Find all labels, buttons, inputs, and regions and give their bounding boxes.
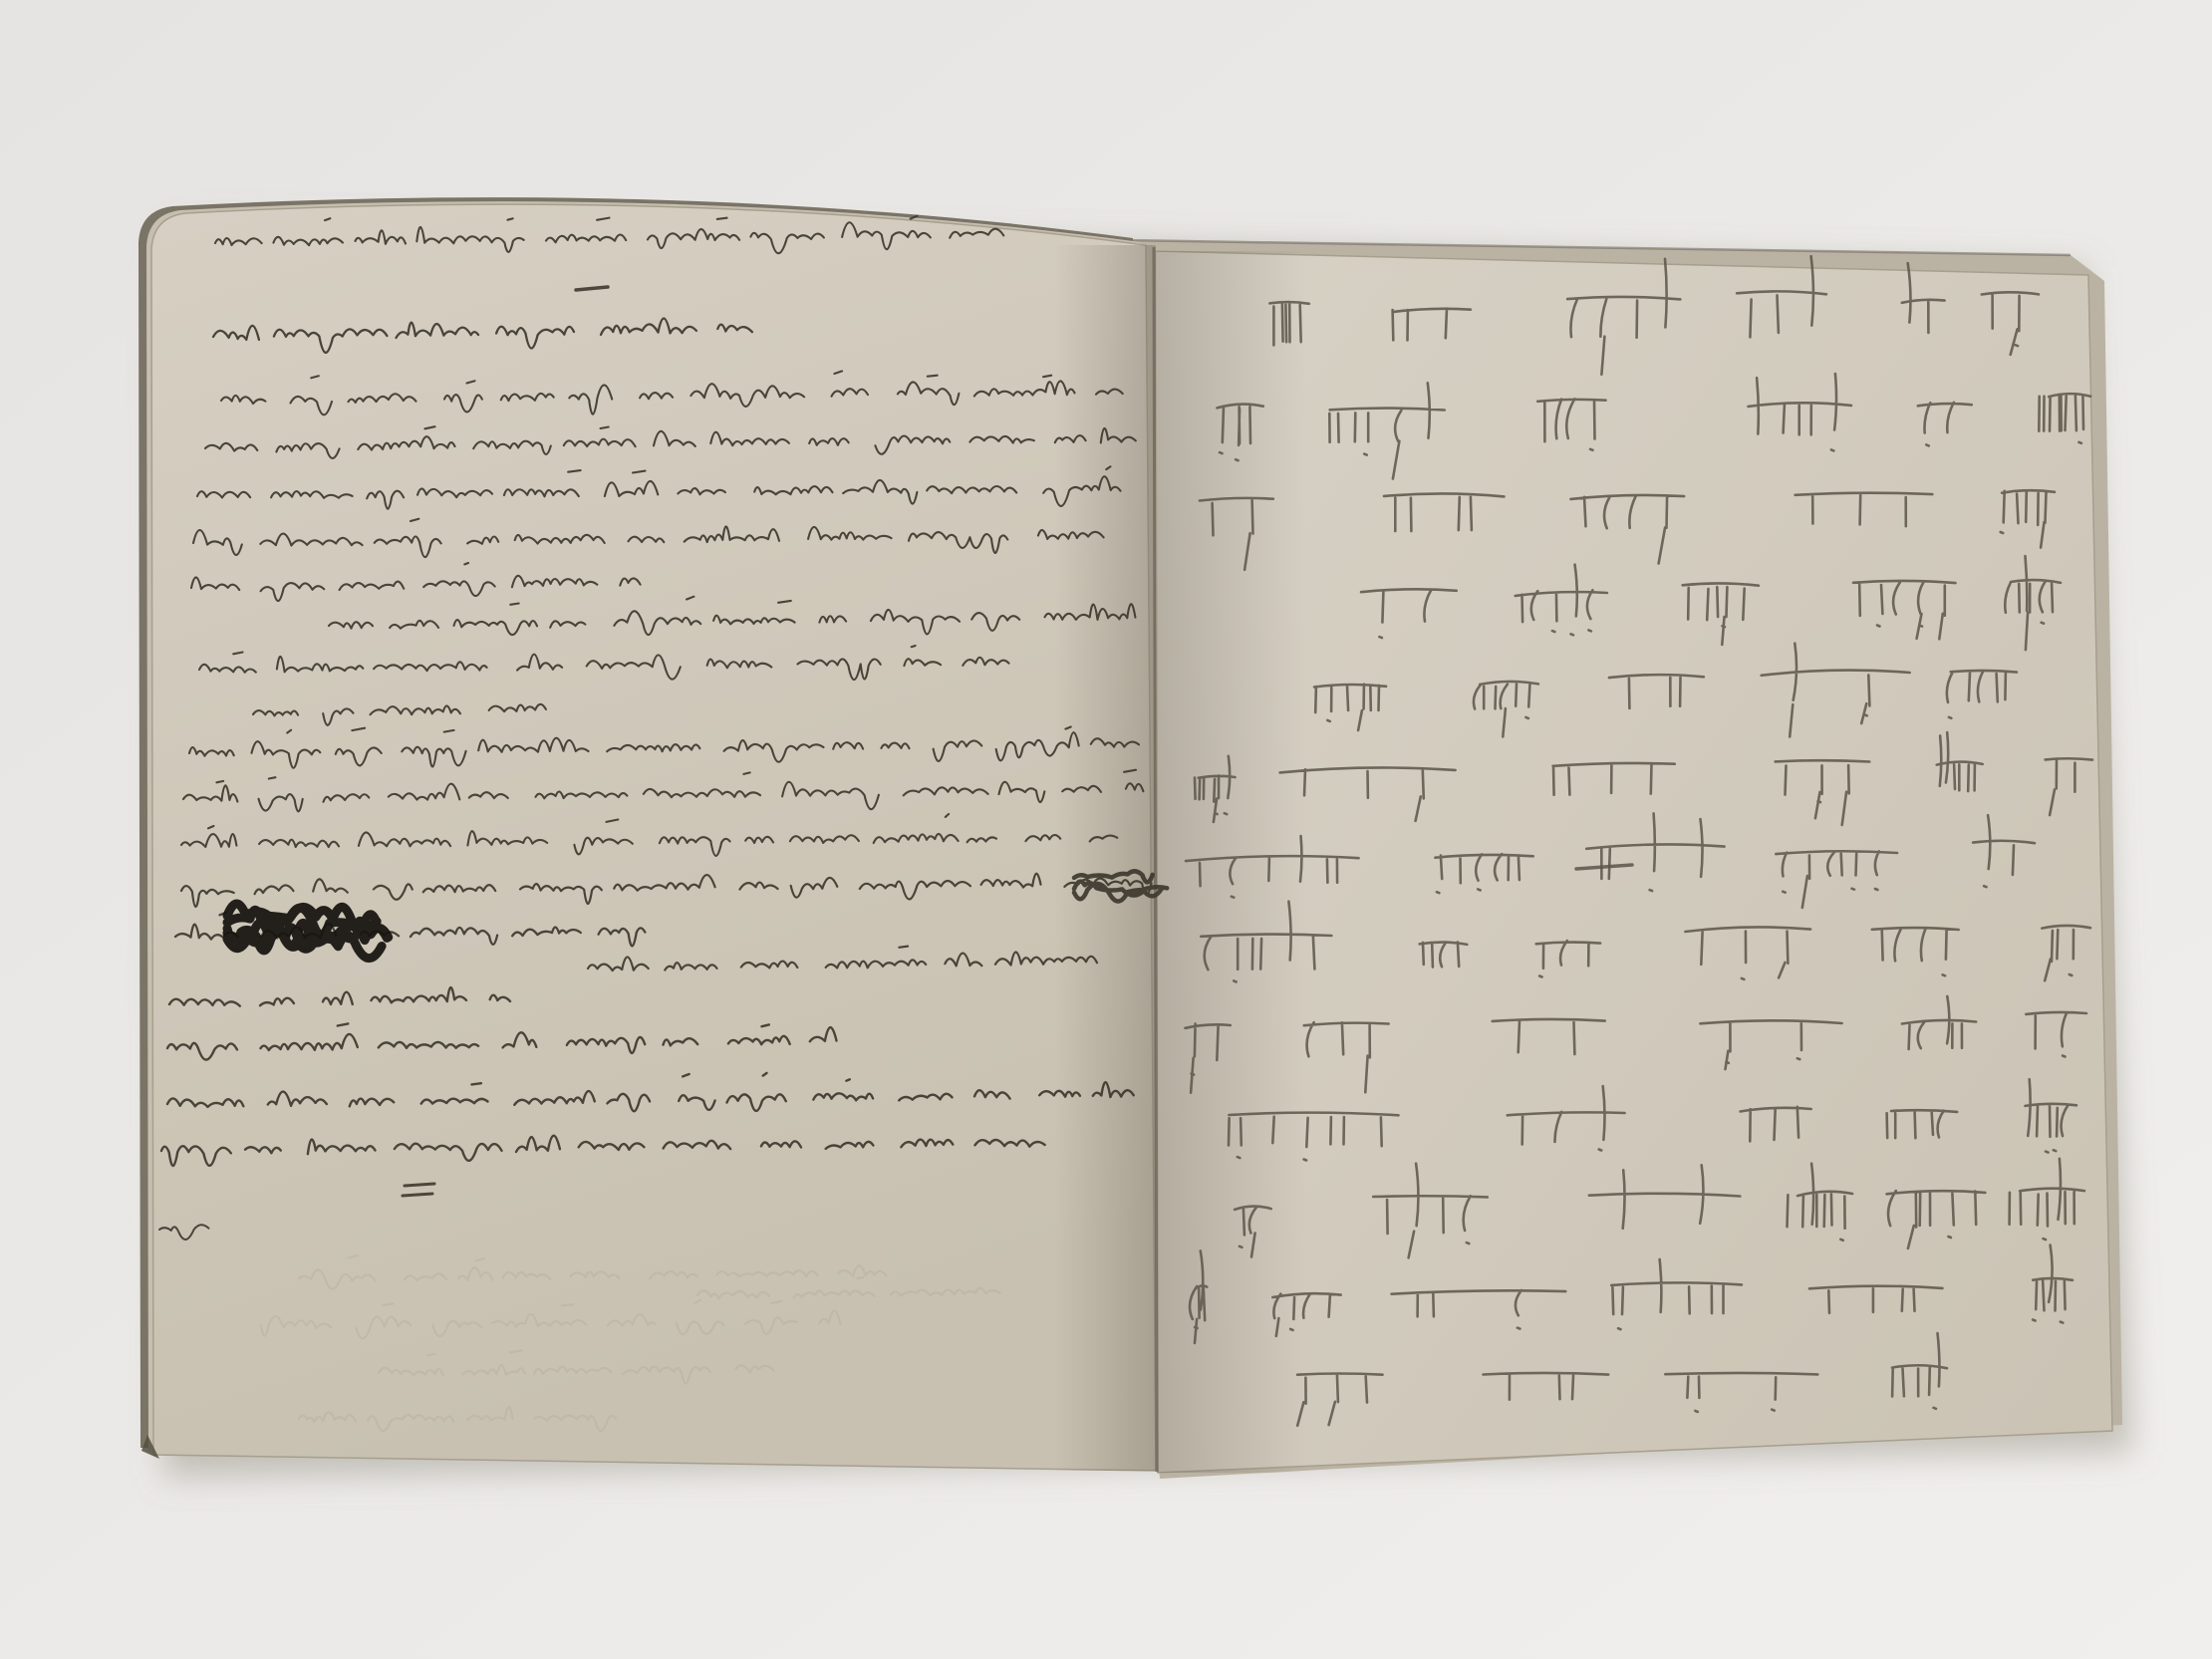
gutter-shading-right <box>1157 251 1306 1473</box>
notebook-photo <box>0 0 2212 1659</box>
notebook-photo-canvas <box>0 0 2212 1659</box>
left-page <box>151 204 1156 1471</box>
